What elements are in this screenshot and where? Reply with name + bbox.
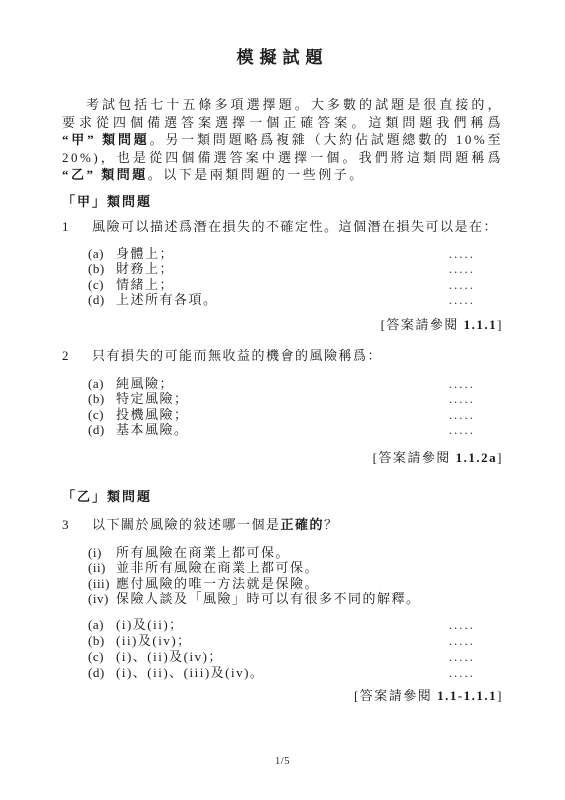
answer-ref-prefix: [答案請參閱	[381, 317, 464, 332]
intro-term-type-b: “乙” 類問題	[62, 167, 148, 182]
answer-ref-suffix: ]	[497, 450, 503, 465]
answer-ref-value: 1.1.1	[464, 317, 498, 332]
answer-dots: .....	[449, 633, 503, 649]
option-text: 財務上；	[116, 261, 174, 277]
statement-text: 並非所有風險在商業上都可保。	[116, 560, 319, 576]
question-2-options: (a) 純風險； ..... (b) 特定風險； ..... (c) 投機風險；…	[88, 376, 503, 438]
option-label: (b)	[88, 633, 116, 649]
statement-row-ii: (ii) 並非所有風險在商業上都可保。	[88, 560, 503, 576]
answer-dots: .....	[449, 292, 503, 308]
option-text: 基本風險。	[116, 422, 189, 438]
option-row-2c: (c) 投機風險； .....	[88, 407, 503, 423]
statement-text: 應付風險的唯一方法就是保險。	[116, 576, 319, 592]
option-text: 身體上；	[116, 246, 174, 262]
option-label: (c)	[88, 649, 116, 665]
question-3-number: 3	[62, 517, 92, 533]
answer-dots: .....	[449, 665, 503, 681]
answer-ref-suffix: ]	[497, 688, 503, 703]
answer-reference-1: [答案請參閱 1.1.1]	[62, 317, 503, 333]
answer-dots: .....	[449, 376, 503, 392]
answer-dots: .....	[449, 391, 503, 407]
option-label: (a)	[88, 376, 116, 392]
option-row-3c: (c) (i)、(ii)及(iv)； .....	[88, 649, 503, 665]
option-text: (ii)及(iv)；	[116, 633, 192, 649]
page-number: 1/5	[0, 756, 565, 767]
question-3-text: 以下關於風險的敍述哪一個是正確的？	[92, 517, 503, 533]
option-text: 投機風險；	[116, 407, 189, 423]
option-label: (a)	[88, 617, 116, 633]
answer-dots: .....	[449, 407, 503, 423]
option-row-2b: (b) 特定風險； .....	[88, 391, 503, 407]
option-row-3a: (a) (i)及(ii)； .....	[88, 617, 503, 633]
section-b-heading: 「乙」類問題	[62, 489, 503, 505]
statement-label: (iv)	[88, 591, 116, 607]
intro-term-type-a: “甲” 類問題	[62, 132, 150, 147]
intro-paragraph: 考試包括七十五條多項選擇題。大多數的試題是很直接的，要求從四個備選答案選擇一個正…	[62, 96, 503, 184]
option-label: (c)	[88, 277, 116, 293]
statement-label: (iii)	[88, 576, 116, 592]
answer-dots: .....	[449, 422, 503, 438]
question-2-text: 只有損失的可能而無收益的機會的風險稱爲：	[92, 348, 503, 364]
option-label: (b)	[88, 261, 116, 277]
statement-label: (ii)	[88, 560, 116, 576]
option-label: (d)	[88, 292, 116, 308]
question-3: 3 以下關於風險的敍述哪一個是正確的？	[62, 517, 503, 533]
option-label: (c)	[88, 407, 116, 423]
document-page: 模擬試題 考試包括七十五條多項選擇題。大多數的試題是很直接的，要求從四個備選答案…	[0, 0, 565, 800]
answer-ref-prefix: [答案請參閱	[373, 450, 456, 465]
answer-dots: .....	[449, 261, 503, 277]
question-2: 2 只有損失的可能而無收益的機會的風險稱爲：	[62, 348, 503, 364]
answer-dots: .....	[449, 649, 503, 665]
option-text: (i)、(ii)及(iv)；	[116, 649, 223, 665]
option-text: 上述所有各項。	[116, 292, 218, 308]
option-label: (d)	[88, 665, 116, 681]
option-text: 情緒上；	[116, 277, 174, 293]
option-label: (a)	[88, 246, 116, 262]
answer-dots: .....	[449, 617, 503, 633]
statement-row-iv: (iv) 保險人談及「風險」時可以有很多不同的解釋。	[88, 591, 503, 607]
question-2-number: 2	[62, 348, 92, 364]
option-row-1c: (c) 情緒上； .....	[88, 277, 503, 293]
question-3-text-run: 以下關於風險的敍述哪一個是	[92, 517, 281, 532]
option-row-2a: (a) 純風險； .....	[88, 376, 503, 392]
intro-text-3: 。以下是兩類問題的一些例子。	[148, 167, 365, 182]
option-text: (i)及(ii)；	[116, 617, 184, 633]
answer-reference-3: [答案請參閱 1.1-1.1.1]	[62, 688, 503, 704]
answer-ref-suffix: ]	[497, 317, 503, 332]
question-3-text-bold: 正確的	[281, 517, 325, 532]
answer-ref-prefix: [答案請參閱	[354, 688, 437, 703]
question-3-text-end: ？	[324, 517, 339, 532]
statement-row-iii: (iii) 應付風險的唯一方法就是保險。	[88, 576, 503, 592]
question-3-statements: (i) 所有風險在商業上都可保。 (ii) 並非所有風險在商業上都可保。 (ii…	[88, 545, 503, 607]
option-row-1a: (a) 身體上； .....	[88, 246, 503, 262]
statement-text: 保險人談及「風險」時可以有很多不同的解釋。	[116, 591, 421, 607]
option-label: (b)	[88, 391, 116, 407]
statement-text: 所有風險在商業上都可保。	[116, 545, 290, 561]
statement-label: (i)	[88, 545, 116, 561]
option-text: 純風險；	[116, 376, 174, 392]
option-label: (d)	[88, 422, 116, 438]
option-text: (i)、(ii)、(iii)及(iv)。	[116, 665, 264, 681]
option-text: 特定風險；	[116, 391, 189, 407]
question-1: 1 風險可以描述爲潛在損失的不確定性。這個潛在損失可以是在：	[62, 219, 503, 235]
answer-dots: .....	[449, 246, 503, 262]
option-row-3d: (d) (i)、(ii)、(iii)及(iv)。 .....	[88, 665, 503, 681]
option-row-1b: (b) 財務上； .....	[88, 261, 503, 277]
intro-text-1: 考試包括七十五條多項選擇題。大多數的試題是很直接的，要求從四個備選答案選擇一個正…	[62, 97, 503, 130]
page-title: 模擬試題	[62, 46, 503, 70]
answer-ref-value: 1.1.2a	[456, 450, 498, 465]
option-row-1d: (d) 上述所有各項。 .....	[88, 292, 503, 308]
answer-dots: .....	[449, 277, 503, 293]
answer-ref-value: 1.1-1.1.1	[437, 688, 497, 703]
option-row-2d: (d) 基本風險。 .....	[88, 422, 503, 438]
option-row-3b: (b) (ii)及(iv)； .....	[88, 633, 503, 649]
section-a-heading: 「甲」類問題	[62, 194, 503, 210]
question-3-options: (a) (i)及(ii)； ..... (b) (ii)及(iv)； .....…	[88, 617, 503, 681]
statement-row-i: (i) 所有風險在商業上都可保。	[88, 545, 503, 561]
question-1-text: 風險可以描述爲潛在損失的不確定性。這個潛在損失可以是在：	[92, 219, 503, 235]
question-1-options: (a) 身體上； ..... (b) 財務上； ..... (c) 情緒上； .…	[88, 246, 503, 308]
answer-reference-2: [答案請參閱 1.1.2a]	[62, 450, 503, 466]
question-1-number: 1	[62, 219, 92, 235]
